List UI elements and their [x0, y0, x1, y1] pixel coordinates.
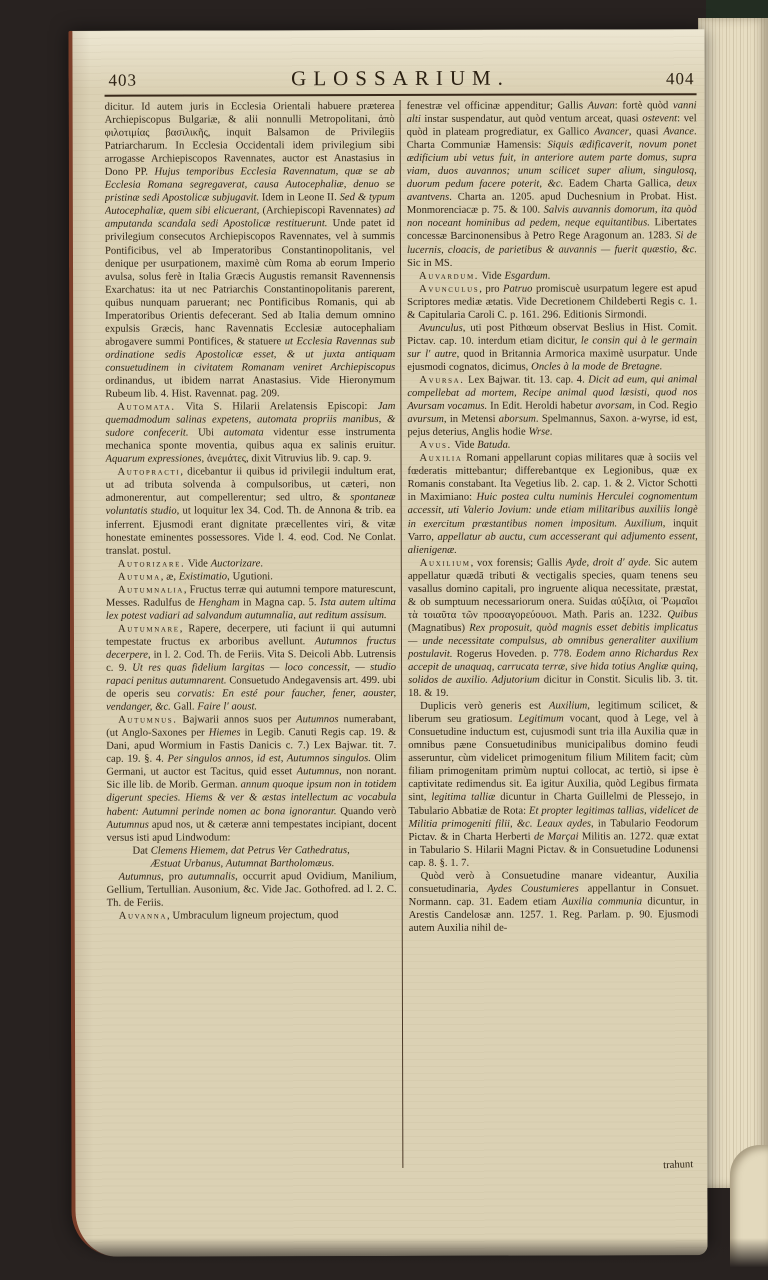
- entry-headword: Autumnalia: [118, 584, 184, 595]
- glossary-entry: Auvanna, Umbraculum ligneum projectum, q…: [107, 909, 397, 923]
- glossary-entry: Avursa. Lex Bajwar. tit. 13. cap. 4. Dic…: [407, 373, 697, 439]
- entry-headword: Autopracti: [118, 467, 181, 478]
- page-bottom-shadow: [70, 1238, 768, 1280]
- entry-headword: Autumnare: [118, 623, 180, 634]
- paragraph: Æstuat Urbanus, Autumnat Bartholomæus.: [107, 857, 397, 871]
- text-columns: dicitur. Id autem juris in Ecclesia Orie…: [105, 99, 700, 1169]
- book-fore-edge: [698, 18, 768, 1188]
- entry-headword: Avunculus: [419, 283, 479, 294]
- glossary-entry: Autumnus. Bajwarii annos suos per Autumn…: [106, 713, 396, 844]
- glossary-entry: Autopracti, dicebantur ii quibus id priv…: [106, 465, 396, 557]
- entry-headword: Auvanna: [119, 910, 167, 921]
- paragraph: Avunculus, uti post Pithœum observat Bes…: [407, 321, 697, 374]
- entry-headword: Auvardum.: [419, 270, 479, 281]
- page-content: 403 GLOSSARIUM. 404 dicitur. Id autem ju…: [104, 65, 699, 1182]
- paragraph: Dat Clemens Hiemem, dat Petrus Ver Cathe…: [107, 844, 397, 858]
- entry-headword: Autorizare.: [118, 558, 185, 569]
- glossary-entry: Automata. Vita S. Hilarii Arelatensis Ep…: [105, 400, 395, 466]
- book-page: 403 GLOSSARIUM. 404 dicitur. Id autem ju…: [68, 29, 707, 1257]
- paragraph: dicitur. Id autem juris in Ecclesia Orie…: [105, 100, 396, 401]
- glossary-entry: Auxilium, vox forensis; Gallis Ayde, dro…: [408, 556, 698, 700]
- running-header: 403 GLOSSARIUM. 404: [104, 65, 696, 97]
- paragraph: Autumnus, pro autumnalis, occurrit apud …: [107, 870, 397, 910]
- glossary-entry: Auvardum. Vide Esgardum.: [407, 269, 697, 283]
- entry-headword: Avursa.: [419, 375, 464, 386]
- entry-headword: Autumnus.: [118, 715, 177, 726]
- glossary-entry: Avunculus, pro Patruo promiscuè usurpatu…: [407, 282, 697, 322]
- entry-headword: Avus.: [419, 440, 451, 451]
- glossary-entry: Autumnare, Rapere, decerpere, uti faciun…: [106, 622, 396, 714]
- glossary-entry: Autumnalia, Fructus terræ qui autumni te…: [106, 583, 396, 623]
- paragraph: fenestræ vel officinæ appenditur; Gallis…: [407, 99, 697, 269]
- left-column: dicitur. Id autem juris in Ecclesia Orie…: [105, 100, 403, 1169]
- glossary-entry: Avus. Vide Batuda.: [407, 438, 697, 452]
- paragraph: Quòd verò à Consuetudine manare videantu…: [409, 869, 699, 935]
- entry-headword: Auxilium: [420, 557, 471, 568]
- entry-headword: Auxilia: [420, 453, 463, 464]
- glossary-entry: Autorizare. Vide Auctorizare.: [106, 557, 396, 571]
- entry-headword: Autuma: [118, 571, 161, 582]
- entry-headword: Automata.: [117, 402, 175, 413]
- right-column: fenestræ vel officinæ appenditur; Gallis…: [401, 99, 700, 1168]
- paragraph: Duplicis verò generis est Auxilium, legi…: [408, 699, 698, 869]
- page-number-left: 403: [105, 71, 175, 91]
- glossary-entry: Auxilia Romani appellarunt copias milita…: [408, 451, 698, 556]
- page-number-right: 404: [626, 69, 696, 89]
- glossary-entry: Autuma, æ, Existimatio, Ugutioni.: [106, 570, 396, 584]
- page-title: GLOSSARIUM.: [174, 65, 626, 91]
